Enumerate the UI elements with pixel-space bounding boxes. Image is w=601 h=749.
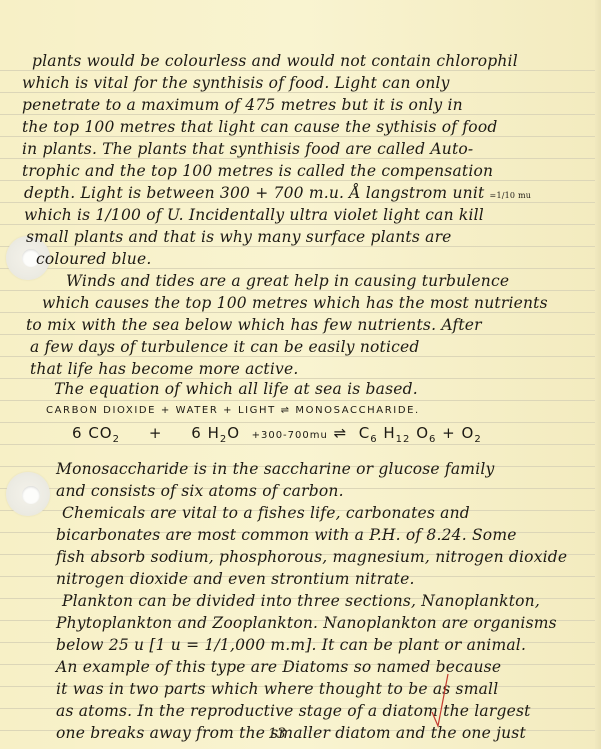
text-line: trophic and the top 100 metres is called… xyxy=(22,162,493,180)
text-line: Winds and tides are a great help in caus… xyxy=(66,272,509,290)
chemical-equation: 6 CO2 + 6 H2O +300-700mu ⇌ C6 H12 O6 + O… xyxy=(72,424,482,445)
eq-sub: 12 xyxy=(396,434,411,445)
ruled-line xyxy=(0,180,595,181)
eq-c: C xyxy=(359,424,370,442)
text-line: which causes the top 100 metres which ha… xyxy=(42,294,548,312)
eq-h: H xyxy=(208,424,220,442)
ruled-line xyxy=(0,114,595,115)
text-line: The equation of which all life at sea is… xyxy=(54,380,418,398)
text-line: Phytoplankton and Zooplankton. Nanoplank… xyxy=(56,614,557,632)
eq-coef: 6 xyxy=(191,424,202,442)
eq-h: H xyxy=(383,424,395,442)
text-line: as atoms. In the reproductive stage of a… xyxy=(56,702,531,720)
eq-plus: + xyxy=(442,424,456,442)
ruled-line xyxy=(0,136,595,137)
ruled-line xyxy=(0,246,595,247)
text-line: depth. Light is between 300 + 700 m.u. Å… xyxy=(24,184,531,202)
ruled-line xyxy=(0,334,595,335)
ruled-line xyxy=(0,312,595,313)
text-line: small plants and that is why many surfac… xyxy=(26,228,452,246)
text-line: in plants. The plants that synthisis foo… xyxy=(22,140,473,158)
text-line: nitrogen dioxide and even strontium nitr… xyxy=(56,570,415,588)
page-number: 13 xyxy=(268,726,286,742)
text-line: Monosaccharide is in the saccharine or g… xyxy=(56,460,494,478)
eq-sub: 2 xyxy=(474,434,481,445)
text-line: fish absorb sodium, phosphorous, magnesi… xyxy=(56,548,567,566)
ruled-line xyxy=(0,422,595,423)
ruled-line xyxy=(0,356,595,357)
notebook-page: plants would be colourless and would not… xyxy=(0,0,601,749)
punch-hole-bottom xyxy=(22,486,40,504)
text-line: penetrate to a maximum of 475 metres but… xyxy=(22,96,463,114)
eq-light: +300-700mu xyxy=(252,430,328,441)
eq-sub: 2 xyxy=(113,434,120,445)
text-line: a few days of turbulence it can be easil… xyxy=(30,338,420,356)
text-line: bicarbonates are most common with a P.H.… xyxy=(56,526,517,544)
eq-coef: 6 xyxy=(72,424,83,442)
text-line: coloured blue. xyxy=(36,250,151,268)
page-edge xyxy=(595,0,601,749)
ruled-line xyxy=(0,224,595,225)
text-line: Chemicals are vital to a fishes life, ca… xyxy=(62,504,470,522)
eq-sub: 6 xyxy=(370,434,377,445)
ruled-line xyxy=(0,202,595,203)
equation-words: CARBON DIOXIDE + WATER + LIGHT ⇌ MONOSAC… xyxy=(46,405,420,416)
eq-arrow: ⇌ xyxy=(334,424,348,442)
text-line: the top 100 metres that light can cause … xyxy=(22,118,497,136)
text-span: depth. Light is between 300 + 700 m.u. Å… xyxy=(24,184,484,202)
ruled-line xyxy=(0,378,595,379)
margin-note: =1/10 mu xyxy=(490,191,532,200)
text-line: which is vital for the synthisis of food… xyxy=(22,74,450,92)
text-line: and consists of six atoms of carbon. xyxy=(56,482,344,500)
text-line: below 25 u [1 u = 1/1,000 m.m]. It can b… xyxy=(56,636,526,654)
text-line: to mix with the sea below which has few … xyxy=(26,316,482,334)
ruled-line xyxy=(0,268,595,269)
text-line: one breaks away from the smaller diatom … xyxy=(56,724,526,742)
eq-o2: O xyxy=(462,424,475,442)
ruled-line xyxy=(0,290,595,291)
ruled-line xyxy=(0,400,595,401)
text-line: that life has become more active. xyxy=(30,360,298,378)
text-line: which is 1/100 of U. Incidentally ultra … xyxy=(24,206,484,224)
eq-plus: + xyxy=(149,424,163,442)
red-tick-mark-icon xyxy=(430,672,450,728)
eq-sub: 6 xyxy=(429,434,436,445)
ruled-line xyxy=(0,158,595,159)
eq-o: O xyxy=(227,424,240,442)
ruled-line xyxy=(0,70,595,71)
eq-o: O xyxy=(416,424,429,442)
text-line: Plankton can be divided into three secti… xyxy=(62,592,540,610)
eq-co2: CO xyxy=(88,424,112,442)
ruled-line xyxy=(0,92,595,93)
text-line: plants would be colourless and would not… xyxy=(32,52,518,70)
